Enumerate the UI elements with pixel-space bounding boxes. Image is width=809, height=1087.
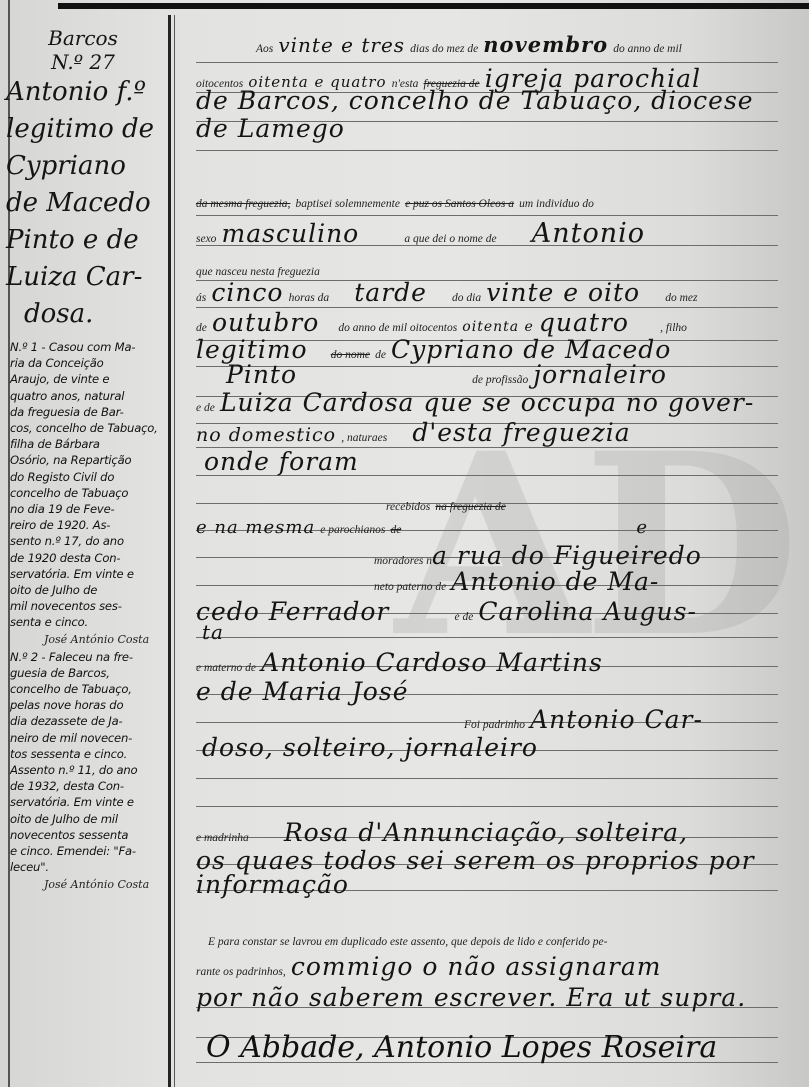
- entry-line-godparents-sign: rante os padrinhos, commigo o não assign…: [196, 952, 778, 981]
- entry-line-godmother: e madrinha Rosa d'Annunciação, solteira,: [196, 818, 778, 847]
- margin-baptized-name: Antonio f.º legitimo de Cypriano de Mace…: [4, 74, 160, 333]
- margin-divider-thin: [174, 15, 175, 1087]
- entry-line-maternal-grandfather: e materno de Antonio Cardoso Martins: [196, 648, 778, 677]
- entry-line-maternal-grandmother: e de Maria José: [196, 677, 778, 706]
- top-border: [58, 3, 809, 9]
- entry-line-father-profession: Pinto de profissão jornaleiro: [196, 360, 808, 389]
- rule: [196, 778, 778, 779]
- entry-line-date: Aos vinte e tres dias do mez de novembro…: [196, 32, 809, 57]
- margin-note-death: N.º 2 - Faleceu na fre- guesia de Barcos…: [4, 649, 160, 876]
- entry-line-godfather: Foi padrinho Antonio Car-: [196, 705, 809, 734]
- entry-line-paternal-grandfather: neto paterno de Antonio de Ma-: [196, 567, 809, 596]
- margin-column: Barcos N.º 27 Antonio f.º legitimo de Cy…: [4, 16, 160, 894]
- entry-line-origin: no domestico , naturaes d'esta freguezia: [196, 418, 778, 447]
- rule: [196, 215, 778, 216]
- entry-line-cannot-write: por não saberem escrever. Era ut supra.: [196, 983, 778, 1012]
- rule: [196, 62, 778, 63]
- entry-line-parish: de Barcos, concelho de Tabuaço, diocese: [196, 86, 778, 115]
- rule: [196, 806, 778, 807]
- entry-line-closing: E para constar se lavrou em duplicado es…: [196, 930, 790, 949]
- entry-line-birth-month: de outubro do anno de mil oitocentos oit…: [196, 308, 778, 337]
- entry-line-received: recebidos na freguezia de: [196, 495, 809, 514]
- entry-line-grandmother-cont: ta: [196, 620, 784, 644]
- entry-line-parishioners: e na mesma e parochianos de e: [196, 517, 778, 538]
- margin-signature-2: José António Costa: [4, 876, 160, 894]
- entry-line-information: informação: [196, 870, 778, 899]
- margin-parish: Barcos: [4, 16, 160, 50]
- margin-signature-1: José António Costa: [4, 631, 160, 649]
- margin-note-marriage: N.º 1 - Casou com Ma- ria da Conceição A…: [4, 339, 160, 631]
- entry-line-godfather-details: doso, solteiro, jornaleiro: [196, 733, 784, 762]
- register-page: AD Barcos N.º 27 Antonio f.º legitimo de…: [0, 0, 809, 1087]
- margin-divider: [168, 15, 171, 1087]
- priest-signature: O Abbade, Antonio Lopes Roseira: [196, 1030, 788, 1065]
- entry-line-diocese: de Lamego: [196, 114, 778, 143]
- rule: [196, 150, 778, 151]
- entry-line-time: ás cinco horas da tarde do dia vinte e o…: [196, 278, 778, 307]
- margin-entry-number: N.º 27: [4, 50, 160, 74]
- entry-line-mother: e de Luiza Cardosa que se occupa no gove…: [196, 388, 778, 417]
- entry-line-baptism: da mesma freguezia, baptisei solemnement…: [196, 192, 778, 211]
- entry-line-birthplace: que nasceu nesta freguezia: [196, 260, 778, 279]
- entry-line-where: onde foram: [196, 447, 786, 476]
- entry-line-residence: moradores na rua do Figueiredo: [196, 541, 809, 570]
- entry-line-sex-name: sexo masculino a que dei o nome de Anton…: [196, 218, 778, 249]
